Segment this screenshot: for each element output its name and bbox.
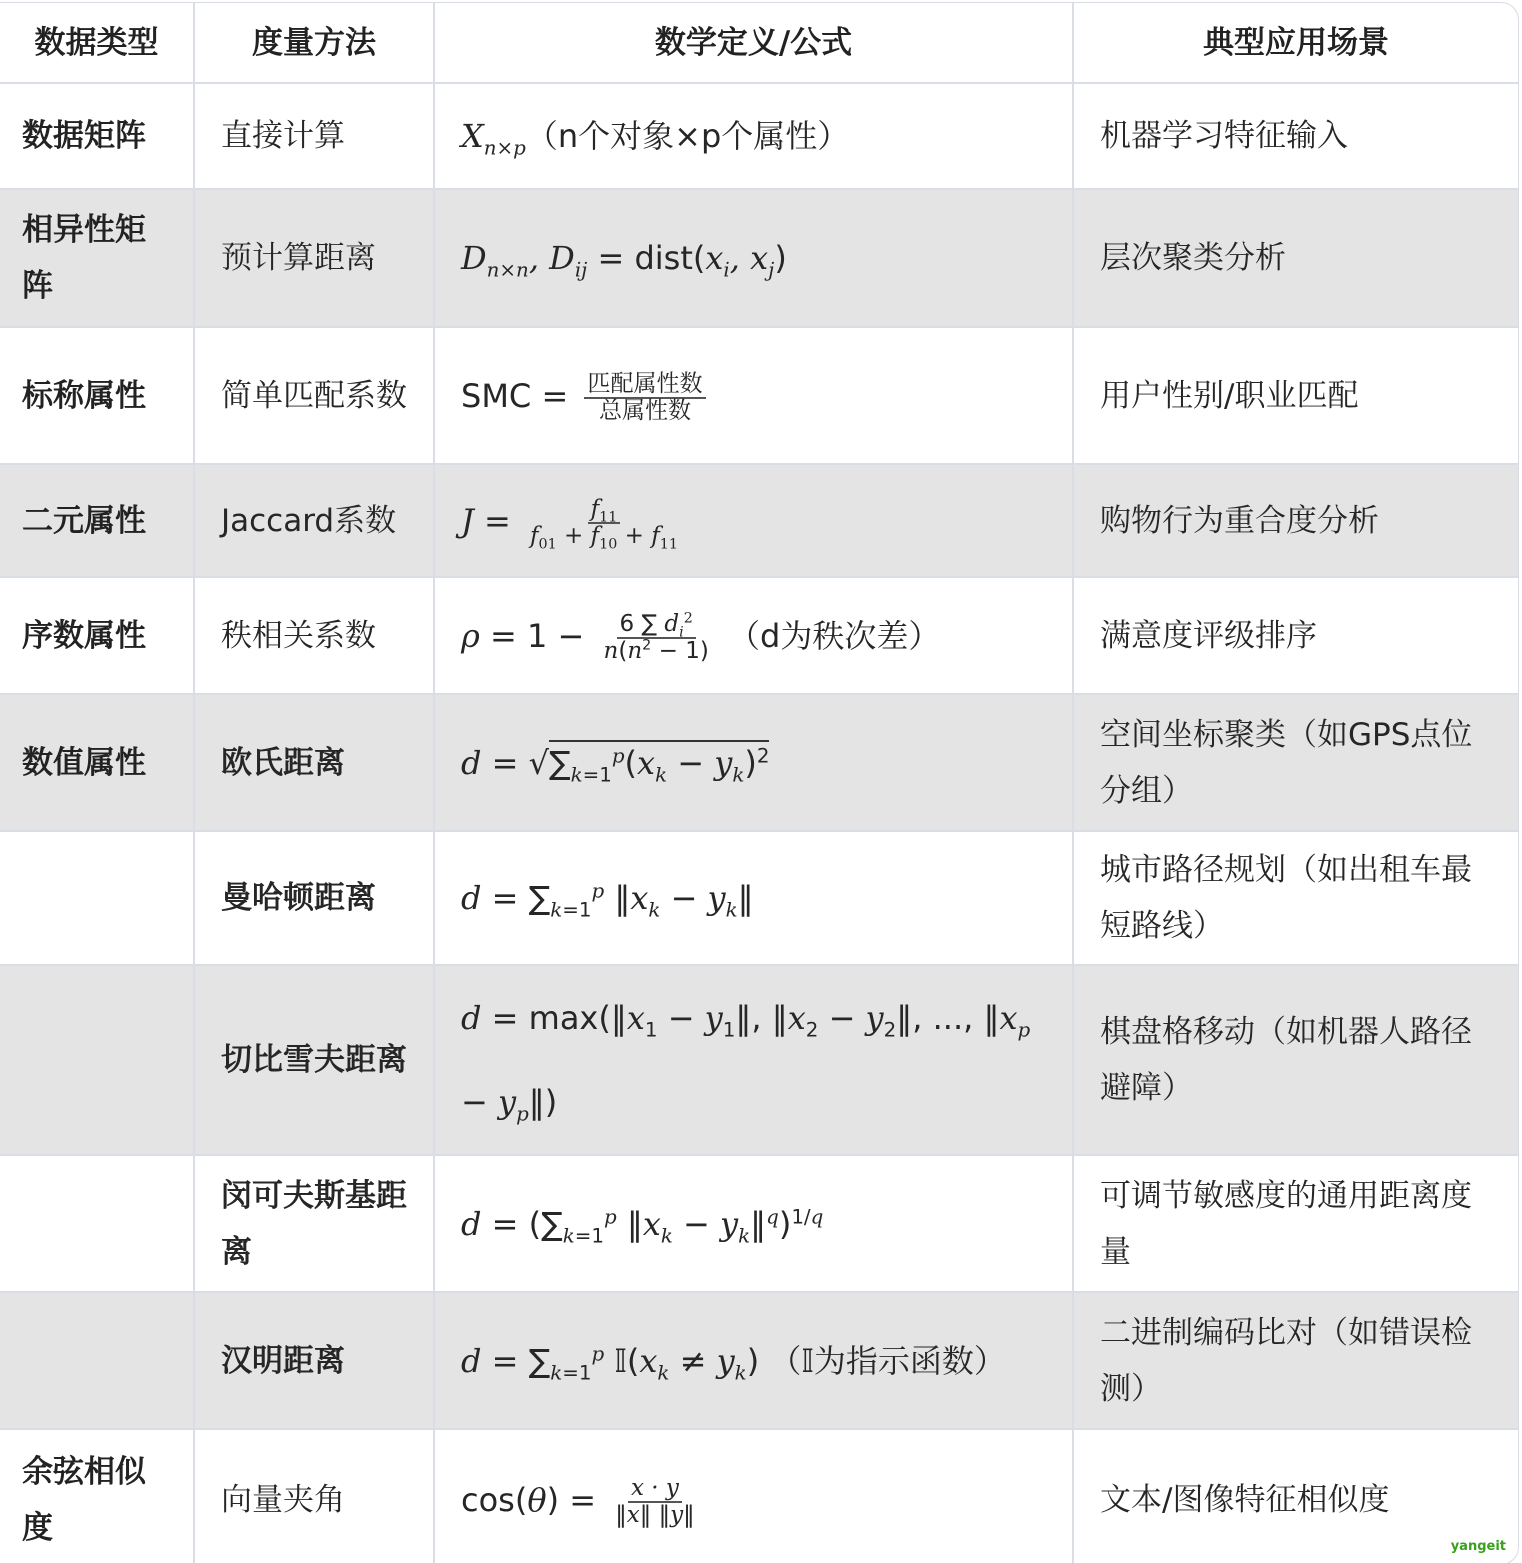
cell-application: 层次聚类分析 bbox=[1073, 189, 1518, 327]
cell-method: 简单匹配系数 bbox=[194, 327, 434, 464]
cell-formula: d = ∑k=1p 𝕀(xk ≠ yk) （𝕀为指示函数） bbox=[434, 1292, 1073, 1429]
formula-lhs: SMC bbox=[461, 377, 531, 415]
table-row: 序数属性 秩相关系数 ρ = 1 − 6 ∑ di2n(n2 − 1) （d为秩… bbox=[0, 577, 1518, 694]
cell-method: 曼哈顿距离 bbox=[194, 831, 434, 965]
cell-data-type bbox=[0, 965, 194, 1155]
cell-data-type: 序数属性 bbox=[0, 577, 194, 694]
formula-note: （n个对象×p个属性） bbox=[526, 117, 849, 155]
cell-formula: d = max(‖x1 − y1‖, ‖x2 − y2‖, ..., ‖xp −… bbox=[434, 965, 1073, 1155]
table-row: 汉明距离 d = ∑k=1p 𝕀(xk ≠ yk) （𝕀为指示函数） 二进制编码… bbox=[0, 1292, 1518, 1429]
cell-application: 购物行为重合度分析 bbox=[1073, 464, 1518, 577]
fraction: f11f01 + f10 + f11 bbox=[527, 497, 681, 547]
cell-application: 用户性别/职业匹配 bbox=[1073, 327, 1518, 464]
cell-method: 向量夹角 bbox=[194, 1429, 434, 1563]
cell-application: 可调节敏感度的通用距离度量 bbox=[1073, 1155, 1518, 1292]
fraction: 6 ∑ di2n(n2 − 1) bbox=[600, 612, 711, 662]
table-row: 余弦相似度 向量夹角 cos(θ) = x · y‖x‖ ‖y‖ 文本/图像特征… bbox=[0, 1429, 1518, 1563]
cell-application: 机器学习特征输入 bbox=[1073, 83, 1518, 189]
cell-application: 棋盘格移动（如机器人路径避障） bbox=[1073, 965, 1518, 1155]
fraction-numerator: 匹配属性数 bbox=[584, 372, 705, 398]
cell-data-type bbox=[0, 831, 194, 965]
cell-data-type: 数据矩阵 bbox=[0, 83, 194, 189]
formula-note: （d为秩次差） bbox=[728, 617, 940, 655]
cell-data-type: 余弦相似度 bbox=[0, 1429, 194, 1563]
cell-application: 城市路径规划（如出租车最短路线） bbox=[1073, 831, 1518, 965]
cell-data-type: 相异性矩阵 bbox=[0, 189, 194, 327]
table-row: 标称属性 简单匹配系数 SMC = 匹配属性数总属性数 用户性别/职业匹配 bbox=[0, 327, 1518, 464]
formula-note: （𝕀为指示函数） bbox=[769, 1342, 1006, 1380]
cell-formula: Xn×p（n个对象×p个属性） bbox=[434, 83, 1073, 189]
fraction-denominator: 总属性数 bbox=[596, 399, 694, 423]
cell-method: 切比雪夫距离 bbox=[194, 965, 434, 1155]
table-header-row: 数据类型 度量方法 数学定义/公式 典型应用场景 bbox=[0, 3, 1518, 83]
cell-method: 直接计算 bbox=[194, 83, 434, 189]
cell-method: 欧氏距离 bbox=[194, 694, 434, 831]
cell-formula: d = ∑k=1p ‖xk − yk‖ bbox=[434, 831, 1073, 965]
cell-formula: d = √∑k=1p(xk − yk)2 bbox=[434, 694, 1073, 831]
cell-formula: Dn×n, Dij = dist(xi, xj) bbox=[434, 189, 1073, 327]
table-row: 曼哈顿距离 d = ∑k=1p ‖xk − yk‖ 城市路径规划（如出租车最短路… bbox=[0, 831, 1518, 965]
header-data-type: 数据类型 bbox=[0, 3, 194, 83]
cell-formula: J = f11f01 + f10 + f11 bbox=[434, 464, 1073, 577]
header-formula: 数学定义/公式 bbox=[434, 3, 1073, 83]
cell-application: 空间坐标聚类（如GPS点位分组） bbox=[1073, 694, 1518, 831]
cell-method: 汉明距离 bbox=[194, 1292, 434, 1429]
cell-data-type bbox=[0, 1155, 194, 1292]
watermark: yangeit bbox=[1451, 1539, 1506, 1554]
cell-formula: cos(θ) = x · y‖x‖ ‖y‖ bbox=[434, 1429, 1073, 1563]
header-measure-method: 度量方法 bbox=[194, 3, 434, 83]
similarity-measures-table-container: 数据类型 度量方法 数学定义/公式 典型应用场景 数据矩阵 直接计算 Xn×p（… bbox=[0, 2, 1519, 1563]
cell-method: 预计算距离 bbox=[194, 189, 434, 327]
fraction: x · y‖x‖ ‖y‖ bbox=[612, 1476, 697, 1526]
table-row: 数值属性 欧氏距离 d = √∑k=1p(xk − yk)2 空间坐标聚类（如G… bbox=[0, 694, 1518, 831]
cell-method: 秩相关系数 bbox=[194, 577, 434, 694]
cell-data-type bbox=[0, 1292, 194, 1429]
header-application: 典型应用场景 bbox=[1073, 3, 1518, 83]
cell-formula: SMC = 匹配属性数总属性数 bbox=[434, 327, 1073, 464]
similarity-measures-table: 数据类型 度量方法 数学定义/公式 典型应用场景 数据矩阵 直接计算 Xn×p（… bbox=[0, 3, 1518, 1563]
table-row: 相异性矩阵 预计算距离 Dn×n, Dij = dist(xi, xj) 层次聚… bbox=[0, 189, 1518, 327]
fraction: 匹配属性数总属性数 bbox=[584, 372, 705, 422]
table-row: 闵可夫斯基距离 d = (∑k=1p ‖xk − yk‖q)1/q 可调节敏感度… bbox=[0, 1155, 1518, 1292]
table-row: 切比雪夫距离 d = max(‖x1 − y1‖, ‖x2 − y2‖, ...… bbox=[0, 965, 1518, 1155]
table-row: 二元属性 Jaccard系数 J = f11f01 + f10 + f11 购物… bbox=[0, 464, 1518, 577]
cell-method: Jaccard系数 bbox=[194, 464, 434, 577]
cell-formula: d = (∑k=1p ‖xk − yk‖q)1/q bbox=[434, 1155, 1073, 1292]
cell-application: 满意度评级排序 bbox=[1073, 577, 1518, 694]
cell-method: 闵可夫斯基距离 bbox=[194, 1155, 434, 1292]
cell-data-type: 二元属性 bbox=[0, 464, 194, 577]
table-row: 数据矩阵 直接计算 Xn×p（n个对象×p个属性） 机器学习特征输入 bbox=[0, 83, 1518, 189]
cell-application: 二进制编码比对（如错误检测） bbox=[1073, 1292, 1518, 1429]
cell-data-type: 数值属性 bbox=[0, 694, 194, 831]
cell-data-type: 标称属性 bbox=[0, 327, 194, 464]
cell-formula: ρ = 1 − 6 ∑ di2n(n2 − 1) （d为秩次差） bbox=[434, 577, 1073, 694]
